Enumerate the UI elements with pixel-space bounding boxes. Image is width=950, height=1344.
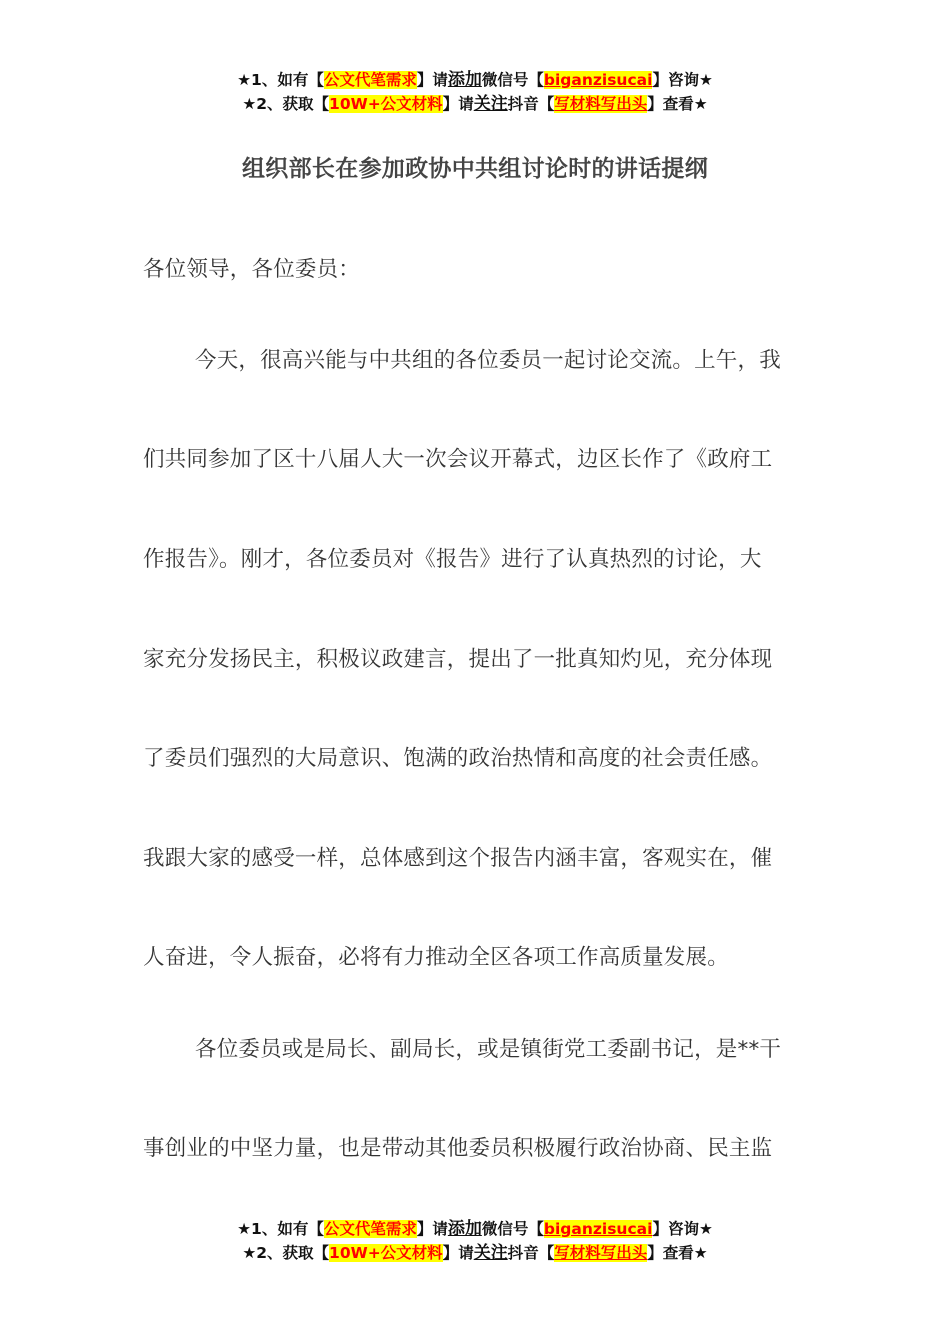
paragraph-line: 了委员们强烈的大局意识、饱满的政治热情和高度的社会责任感。 — [143, 741, 807, 772]
promo-text: 微信号【 — [482, 1220, 544, 1238]
promo-text: ★2、获取【 — [242, 95, 329, 113]
paragraph-line: 人奋进，令人振奋，必将有力推动全区各项工作高质量发展。 — [143, 940, 807, 971]
salutation: 各位领导，各位委员： — [143, 252, 807, 283]
promo-line-1: ★1、如有【公文代笔需求】请添加微信号【biganzisucai】咨询★ — [0, 68, 950, 92]
paragraph-line: 我跟大家的感受一样，总体感到这个报告内涵丰富，客观实在，催 — [143, 841, 807, 872]
promo-text: ★1、如有【 — [237, 71, 324, 89]
emphasis-follow: 关注 — [474, 94, 508, 114]
promo-text: 】查看★ — [647, 95, 707, 113]
promo-text: 】请 — [443, 1244, 474, 1262]
promo-text: ★1、如有【 — [237, 1220, 324, 1238]
paragraph-line: 事创业的中坚力量，也是带动其他委员积极履行政治协商、民主监 — [143, 1131, 807, 1162]
promo-text: 】请 — [417, 71, 448, 89]
promo-line-1: ★1、如有【公文代笔需求】请添加微信号【biganzisucai】咨询★ — [0, 1217, 950, 1241]
highlight-materials: 10W+公文材料 — [329, 1244, 443, 1262]
promo-text: 】查看★ — [647, 1244, 707, 1262]
promo-text: ★2、获取【 — [242, 1244, 329, 1262]
header-promo-banner: ★1、如有【公文代笔需求】请添加微信号【biganzisucai】咨询★ ★2、… — [0, 68, 950, 116]
promo-text: 抖音【 — [508, 1244, 555, 1262]
wechat-id-link[interactable]: biganzisucai — [544, 1220, 653, 1238]
promo-text: 】咨询★ — [652, 1220, 712, 1238]
footer-promo-banner: ★1、如有【公文代笔需求】请添加微信号【biganzisucai】咨询★ ★2、… — [0, 1217, 950, 1265]
emphasis-add: 添加 — [448, 70, 482, 90]
promo-text: 】咨询★ — [652, 71, 712, 89]
highlight-service: 公文代笔需求 — [324, 71, 417, 89]
highlight-materials: 10W+公文材料 — [329, 95, 443, 113]
emphasis-follow: 关注 — [474, 1243, 508, 1263]
promo-text: 】请 — [417, 1220, 448, 1238]
paragraph-line: 们共同参加了区十八届人大一次会议开幕式，边区长作了《政府工 — [143, 442, 807, 473]
paragraph-line: 今天，很高兴能与中共组的各位委员一起讨论交流。上午，我 — [143, 343, 859, 374]
douyin-account-link[interactable]: 写材料写出头 — [554, 95, 647, 113]
wechat-id-link[interactable]: biganzisucai — [544, 71, 653, 89]
promo-line-2: ★2、获取【10W+公文材料】请关注抖音【写材料写出头】查看★ — [0, 1241, 950, 1265]
document-title: 组织部长在参加政协中共组讨论时的讲话提纲 — [0, 150, 950, 183]
douyin-account-link[interactable]: 写材料写出头 — [554, 1244, 647, 1262]
paragraph-line: 作报告》。刚才，各位委员对《报告》进行了认真热烈的讨论，大 — [143, 542, 807, 573]
promo-text: 微信号【 — [482, 71, 544, 89]
highlight-service: 公文代笔需求 — [324, 1220, 417, 1238]
paragraph-line: 各位委员或是局长、副局长，或是镇街党工委副书记，是**干 — [143, 1032, 859, 1063]
promo-text: 】请 — [443, 95, 474, 113]
promo-text: 抖音【 — [508, 95, 555, 113]
emphasis-add: 添加 — [448, 1219, 482, 1239]
promo-line-2: ★2、获取【10W+公文材料】请关注抖音【写材料写出头】查看★ — [0, 92, 950, 116]
paragraph-line: 家充分发扬民主，积极议政建言，提出了一批真知灼见，充分体现 — [143, 642, 807, 673]
